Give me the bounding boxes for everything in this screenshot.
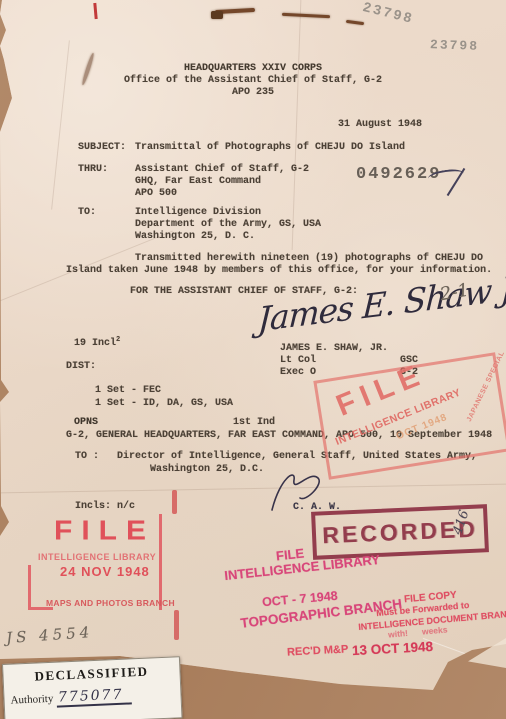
signer-name: JAMES E. SHAW, JR. <box>280 343 388 354</box>
dist-item2: 1 Set - ID, DA, GS, USA <box>95 398 233 409</box>
subject-label: SUBJECT: <box>78 142 126 153</box>
declassified-label: DECLASSIFIED Authority 775077 <box>2 656 183 719</box>
authority-label: Authority <box>10 693 53 707</box>
letterhead-line3: APO 235 <box>0 87 506 98</box>
first-ind-label: 1st Ind <box>233 417 275 428</box>
to-label: TO: <box>78 207 96 218</box>
to-line3: Washington 25, D. C. <box>135 231 255 242</box>
stamp-note: JAPANESE SPECIAL <box>466 350 506 423</box>
pencil-file-number: JS 4554 <box>5 623 93 647</box>
stamp-branch-line: MAPS AND PHOTOS BRANCH <box>46 598 175 608</box>
stamp-recd-mp-label: REC'D M&P <box>287 643 349 658</box>
letterhead-line2: Office of the Assistant Chief of Staff, … <box>0 75 506 86</box>
staple-mark <box>346 20 364 25</box>
red-pen-mark <box>93 3 97 19</box>
stamp-recd-mp-date: 13 OCT 1948 <box>352 639 434 658</box>
inclosures-superscript: 2 <box>116 336 120 344</box>
body-line2: Island taken June 1948 by members of thi… <box>66 265 492 276</box>
ind-to-label: TO : <box>75 451 99 462</box>
inclosures-text: 19 Incl <box>74 338 116 349</box>
stamp-date: 24 NOV 1948 <box>60 564 150 579</box>
stamp-library-line: INTELLIGENCE LIBRARY <box>38 552 156 562</box>
letterhead-line1: HEADQUARTERS XXIV CORPS <box>0 63 506 74</box>
serial-number-stamp: 23798 <box>361 0 415 28</box>
opns-label: OPNS <box>74 417 98 428</box>
stamp-file-intelligence-library-nov: FILE INTELLIGENCE LIBRARY 24 NOV 1948 MA… <box>26 512 160 614</box>
declassified-authority-row: Authority 775077 <box>10 684 181 707</box>
document-date: 31 August 1948 <box>338 119 422 130</box>
incls-line: Incls: n/c <box>75 501 135 512</box>
red-tick-mark <box>174 610 179 640</box>
paper-crease <box>0 484 506 494</box>
handwritten-signature: James E. Shaw Jr <box>257 267 506 340</box>
serial-number-stamp: 23798 <box>430 37 480 54</box>
paper-crease <box>292 0 302 250</box>
red-tick-mark <box>172 490 177 514</box>
declassified-title: DECLASSIFIED <box>3 662 180 686</box>
thru-line1: Assistant Chief of Staff, G-2 <box>135 164 309 175</box>
thru-line2: GHQ, Far East Command <box>135 176 261 187</box>
stamp-file-word: FILE <box>54 515 155 546</box>
ind-to-line2: Washington 25, D.C. <box>150 464 264 475</box>
thru-label: THRU: <box>78 164 108 175</box>
staple-mark <box>211 11 223 19</box>
to-line1: Intelligence Division <box>135 207 261 218</box>
to-line2: Department of the Army, GS, USA <box>135 219 321 230</box>
dist-label: DIST: <box>66 361 96 372</box>
staple-mark <box>282 13 330 19</box>
authority-number-handwritten: 775077 <box>56 686 132 707</box>
thru-line3: APO 500 <box>135 188 177 199</box>
document-page: 23798 23798 HEADQUARTERS XXIV CORPS Offi… <box>0 0 506 719</box>
stamp-file-intelligence-library-oct: FILE INTELLIGENCE LIBRARY OCT 1948 JAPAN… <box>313 352 506 480</box>
signer-rank: Lt Col <box>280 355 316 366</box>
body-line1: Transmitted herewith nineteen (19) photo… <box>135 253 483 264</box>
stamp-box-edge <box>159 514 162 610</box>
dist-item1: 1 Set - FEC <box>95 385 161 396</box>
signer-title: Exec O <box>280 367 316 378</box>
subject-text: Transmittal of Photographs of CHEJU DO I… <box>135 142 405 153</box>
scanned-document-on-board: 23798 23798 HEADQUARTERS XXIV CORPS Offi… <box>0 0 506 719</box>
inclosures-count: 19 Incl2 <box>74 338 120 350</box>
